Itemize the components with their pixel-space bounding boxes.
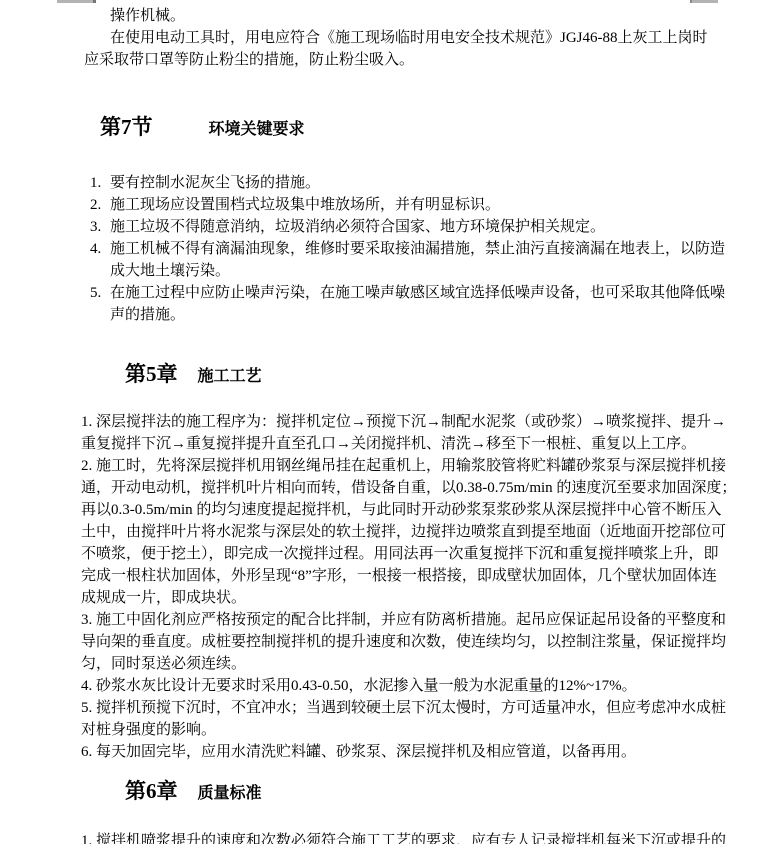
list-item: 成大地土壤污染。: [0, 260, 780, 282]
paragraph-line: 6. 每天加固完毕，应用水清洗贮料罐、砂浆泵、深层搅拌机及相应管道，以备再用。: [81, 741, 780, 763]
heading-number: 第5章: [125, 360, 178, 388]
list-item: 声的措施。: [0, 304, 780, 326]
screen-edge-artifact-right: [690, 0, 718, 3]
intro-paragraphs: 操作机械。 在使用电动工具时，用电应符合《施工现场临时用电安全技术规范》JGJ4…: [0, 0, 780, 71]
list-item-text: 声的措施。: [110, 304, 185, 326]
paragraph-line: 1. 深层搅拌法的施工程序为：搅拌机定位→预搅下沉→制配水泥浆（或砂浆）→喷浆搅…: [81, 411, 780, 433]
document-page: 操作机械。 在使用电动工具时，用电应符合《施工现场临时用电安全技术规范》JGJ4…: [0, 0, 780, 844]
paragraph-line: 3. 施工中固化剂应严格按预定的配合比拌制，并应有防离析措施。起吊应保证起吊设备…: [81, 609, 780, 631]
list-item-text: 施工机械不得有滴漏油现象，维修时要采取接油漏措施，禁止油污直接滴漏在地表上，以防…: [110, 238, 725, 260]
section7-list: 1. 要有控制水泥灰尘飞扬的措施。 2. 施工现场应设置围档式垃圾集中堆放场所，…: [0, 172, 780, 326]
list-item-text: 施工现场应设置围档式垃圾集中堆放场所，并有明显标识。: [110, 194, 500, 216]
list-item: 5. 在施工过程中应防止噪声污染，在施工噪声敏感区域宜选择低噪声设备，也可采取其…: [0, 282, 780, 304]
text-line: 应采取带口罩等防止粉尘的措施，防止粉尘吸入。: [84, 49, 780, 71]
heading-title: 质量标准: [198, 780, 262, 808]
list-item-text: 在施工过程中应防止噪声污染，在施工噪声敏感区域宜选择低噪声设备，也可采取其他降低…: [110, 282, 725, 304]
paragraph-line: 5. 搅拌机预搅下沉时，不宜冲水；当遇到较硬土层下沉太慢时，方可适量冲水，但应考…: [81, 697, 780, 719]
chapter6-heading: 第6章 质量标准: [125, 777, 780, 808]
list-item: 1. 要有控制水泥灰尘飞扬的措施。: [0, 172, 780, 194]
list-item-number: [90, 304, 110, 326]
heading-number: 第7节: [100, 113, 153, 141]
paragraph-line: 成规成一片，即成块状。: [81, 587, 780, 609]
paragraph-line: 土中，由搅拌叶片将水泥浆与深层处的软土搅拌，边搅拌边喷浆直到提至地面（近地面开挖…: [81, 521, 780, 543]
list-item: 2. 施工现场应设置围档式垃圾集中堆放场所，并有明显标识。: [0, 194, 780, 216]
heading-title: 环境关键要求: [209, 116, 305, 144]
list-item-text: 成大地土壤污染。: [110, 260, 230, 282]
chapter5-body: 1. 深层搅拌法的施工程序为：搅拌机定位→预搅下沉→制配水泥浆（或砂浆）→喷浆搅…: [0, 411, 780, 763]
paragraph-line: 导向架的垂直度。成桩要控制搅拌机的提升速度和次数，使连续均匀，以控制注浆量，保证…: [81, 631, 780, 653]
heading-title: 施工工艺: [198, 363, 262, 391]
text-line: 在使用电动工具时，用电应符合《施工现场临时用电安全技术规范》JGJ46-88上灰…: [110, 27, 780, 49]
paragraph-line: 匀，同时泵送必须连续。: [81, 653, 780, 675]
paragraph-line: 再以0.3-0.5m/min 的均匀速度提起搅拌机，与此同时开动砂浆泵浆砂浆从深…: [81, 499, 780, 521]
list-item: 4. 施工机械不得有滴漏油现象，维修时要采取接油漏措施，禁止油污直接滴漏在地表上…: [0, 238, 780, 260]
text-line: 操作机械。: [110, 5, 780, 27]
paragraph-line: 4. 砂浆水灰比设计无要求时采用0.43-0.50，水泥掺入量一般为水泥重量的1…: [81, 675, 780, 697]
paragraph-line: 不喷浆，便于挖土），即完成一次搅拌过程。用同法再一次重复搅拌下沉和重复搅拌喷浆上…: [81, 543, 780, 565]
list-item-text: 施工垃圾不得随意消纳，垃圾消纳必须符合国家、地方环境保护相关规定。: [110, 216, 605, 238]
list-item-text: 要有控制水泥灰尘飞扬的措施。: [110, 172, 320, 194]
list-item-number: 2.: [90, 194, 110, 216]
paragraph-line: 2. 施工时，先将深层搅拌机用钢丝绳吊挂在起重机上，用输浆胶管将贮料罐砂浆泵与深…: [81, 455, 780, 477]
list-item-number: 4.: [90, 238, 110, 260]
paragraph-line: 通，开动电动机，搅拌机叶片相向而转，借设备自重，以0.38-0.75m/min …: [81, 477, 780, 499]
paragraph-line: 重复搅拌下沉→重复搅拌提升直至孔口→关闭搅拌机、清洗→移至下一根桩、重复以上工序…: [81, 433, 780, 455]
list-item-number: 5.: [90, 282, 110, 304]
list-item-number: [90, 260, 110, 282]
screen-edge-artifact-left: [57, 0, 96, 3]
paragraph-line: 完成一根柱状加固体，外形呈现“8”字形，一根接一根搭接，即成壁状加固体，几个壁状…: [81, 565, 780, 587]
heading-number: 第6章: [125, 777, 178, 805]
paragraph-line: 1. 搅拌机喷浆提升的速度和次数必须符合施工工艺的要求，应有专人记录搅拌机每米下…: [81, 830, 780, 844]
list-item-number: 3.: [90, 216, 110, 238]
list-item-number: 1.: [90, 172, 110, 194]
list-item: 3. 施工垃圾不得随意消纳，垃圾消纳必须符合国家、地方环境保护相关规定。: [0, 216, 780, 238]
chapter6-body: 1. 搅拌机喷浆提升的速度和次数必须符合施工工艺的要求，应有专人记录搅拌机每米下…: [0, 830, 780, 844]
section7-heading: 第7节 环境关键要求: [100, 113, 780, 144]
paragraph-line: 对桩身强度的影响。: [81, 719, 780, 741]
chapter5-heading: 第5章 施工工艺: [125, 360, 780, 391]
